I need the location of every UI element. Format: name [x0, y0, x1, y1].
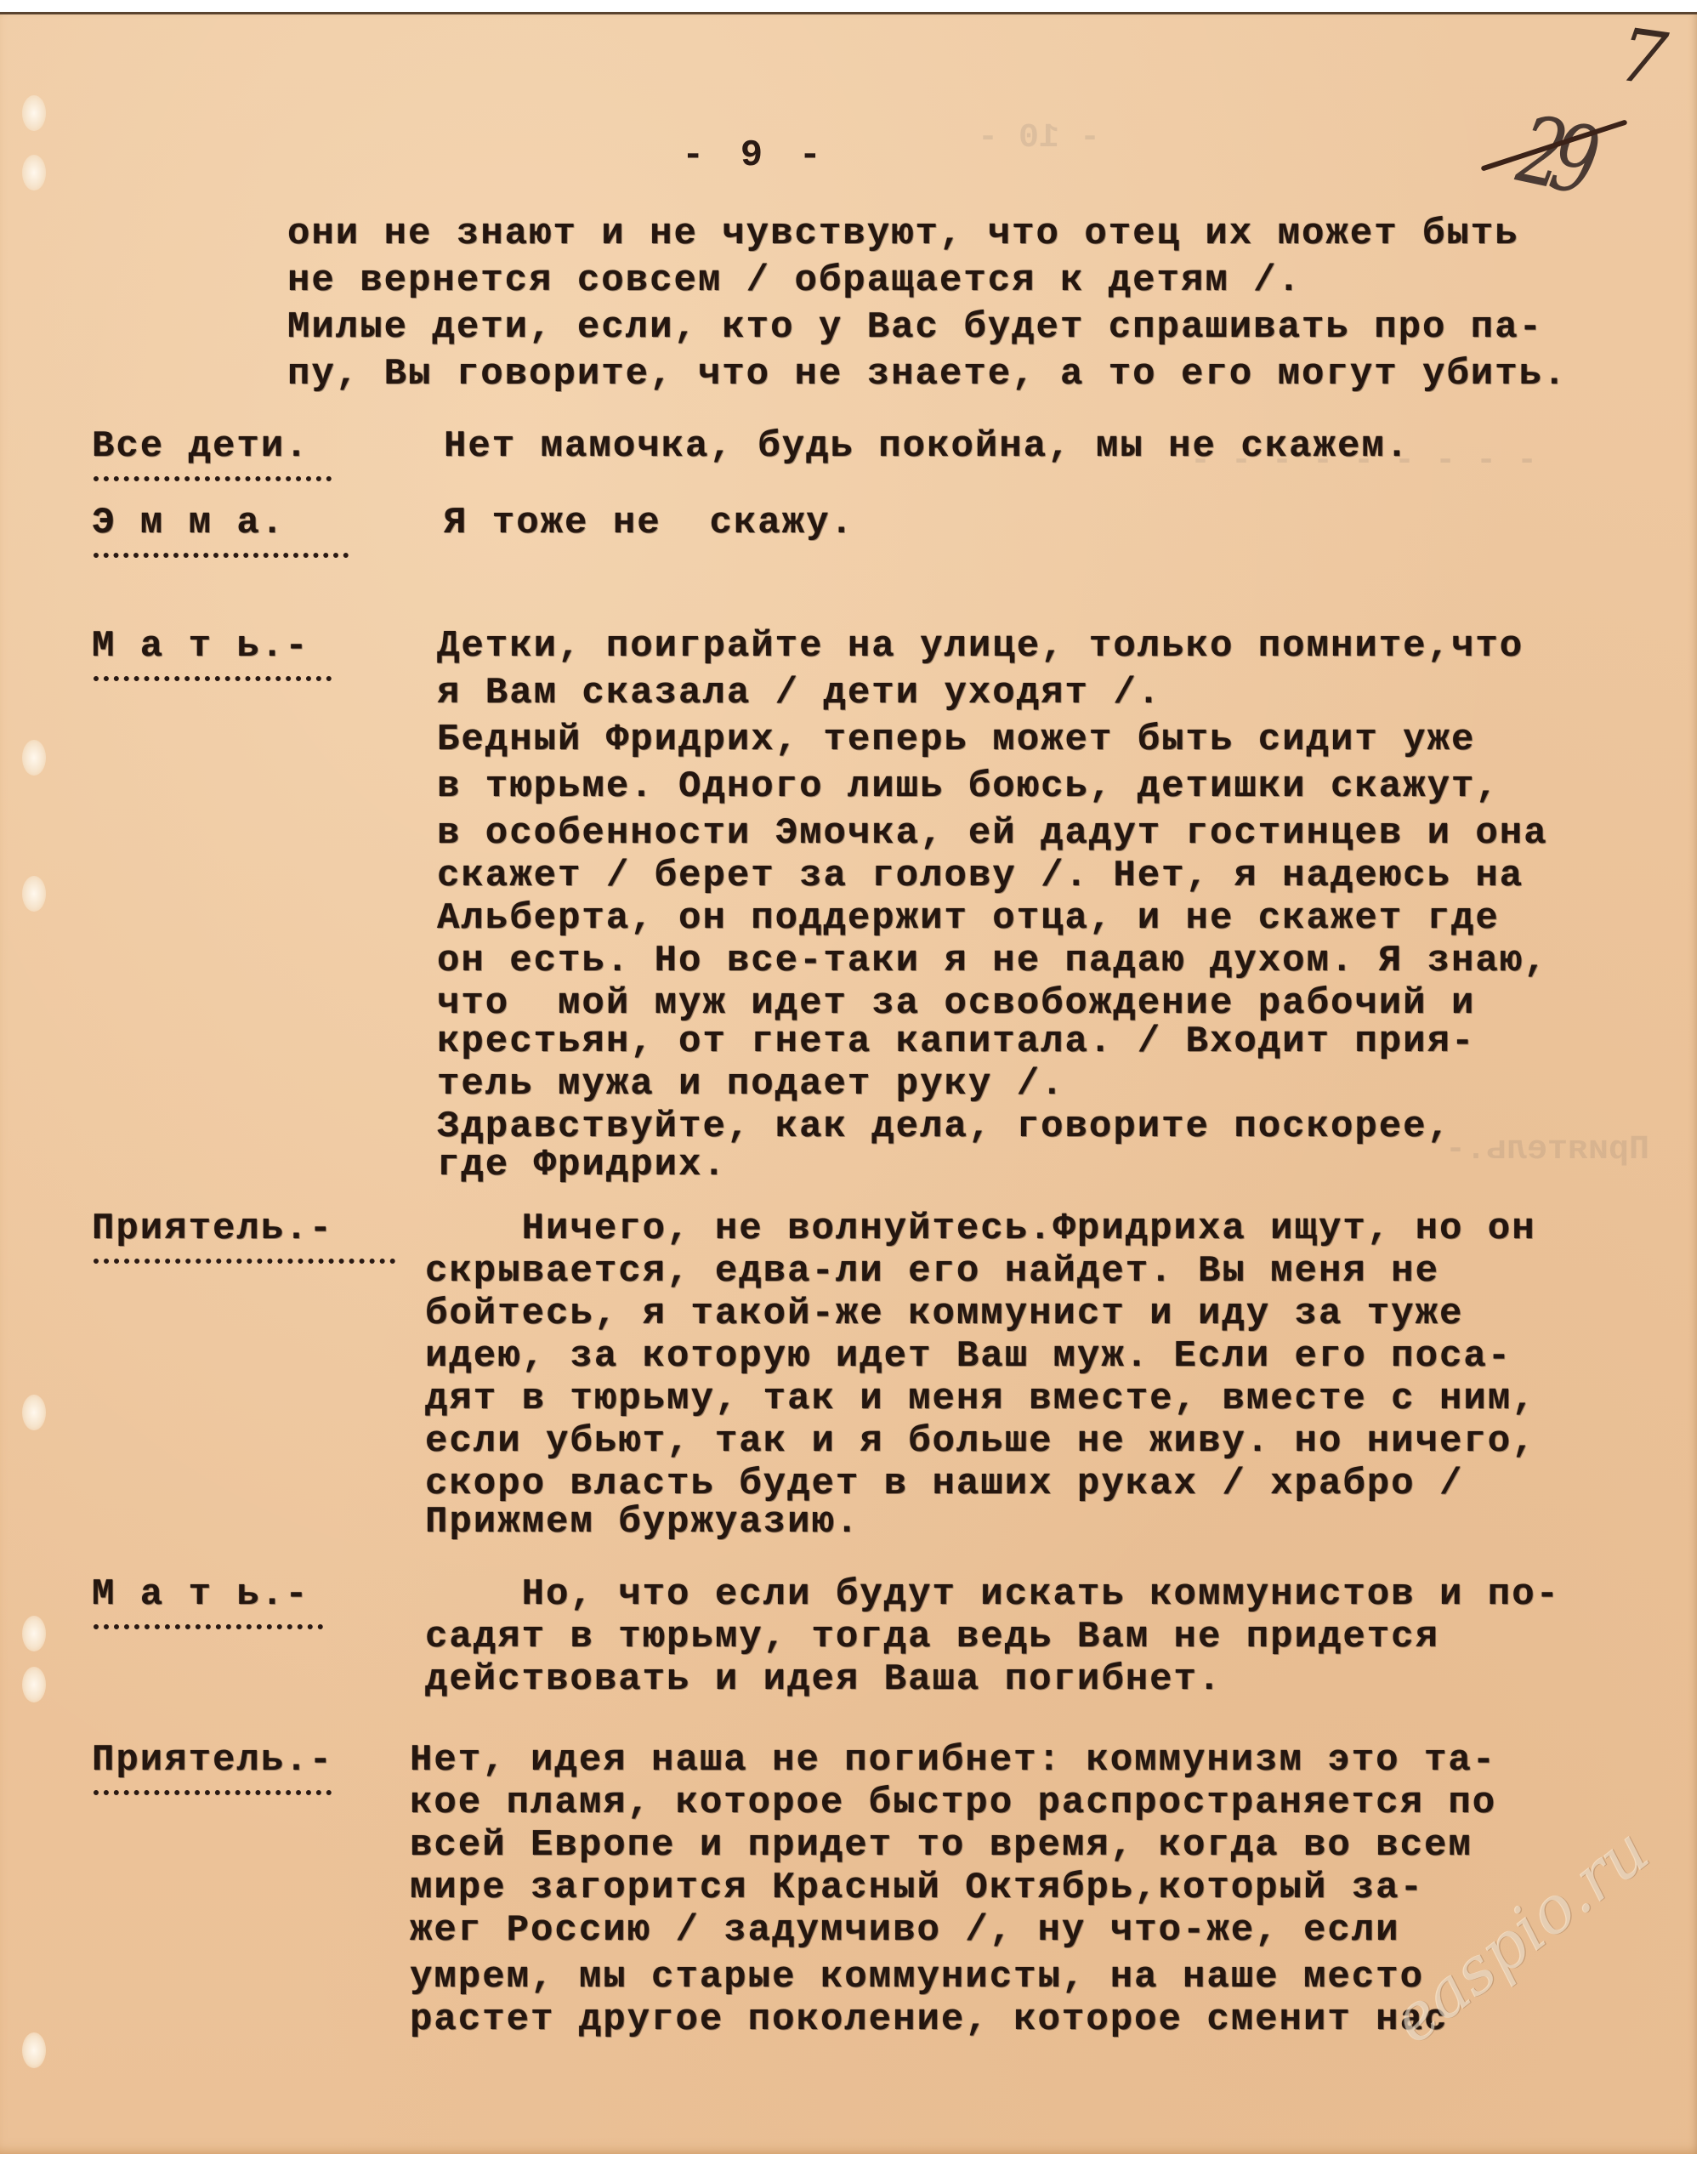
- page-number: - 9 -: [682, 134, 828, 177]
- text-line: скрывается, едва-ли его найдет. Вы меня …: [425, 1250, 1439, 1293]
- speaker-name: Приятель.-: [92, 1208, 333, 1250]
- speaker-name: Э м м а.: [92, 502, 285, 544]
- text-line: умрем, мы старые коммунисты, на наше мес…: [410, 1956, 1424, 1998]
- text-line: Нет мамочка, будь покойна, мы не скажем.: [444, 425, 1410, 468]
- speaker-name: М а т ь.-: [92, 1573, 309, 1616]
- punch-hole: [22, 2032, 46, 2068]
- bleed-through-text: Приятель.-: [1445, 1131, 1649, 1169]
- text-line: мире загорится Красный Октябрь,который з…: [410, 1867, 1424, 1909]
- text-line: они не знают и не чувствуют, что отец их…: [287, 213, 1519, 255]
- speaker-name: Все дети.: [92, 425, 309, 468]
- text-line: идею, за которую идет Ваш муж. Если его …: [425, 1335, 1512, 1378]
- punch-hole: [22, 740, 46, 776]
- speaker-name: Приятель.-: [92, 1739, 333, 1782]
- text-line: Ничего, не волнуйтесь.Фридриха ищут, но …: [425, 1208, 1536, 1250]
- text-line: крестьян, от гнета капитала. / Входит пр…: [437, 1020, 1475, 1063]
- text-line: дят в тюрьму, так и меня вместе, вместе …: [425, 1378, 1536, 1420]
- punch-hole: [22, 95, 46, 131]
- bleed-through-text: - 10 -: [978, 119, 1100, 157]
- text-line: Нет, идея наша не погибнет: коммунизм эт…: [410, 1739, 1496, 1782]
- text-line: Здравствуйте, как дела, говорите поскоре…: [437, 1106, 1451, 1148]
- text-line: скажет / берет за голову /. Нет, я надею…: [437, 855, 1524, 897]
- text-line: что мой муж идет за освобождение рабочий…: [437, 982, 1475, 1025]
- text-line: кое пламя, которое быстро распространяет…: [410, 1782, 1496, 1824]
- text-line: Прижмем буржуазию.: [425, 1501, 860, 1543]
- text-line: бойтесь, я такой-же коммунист и иду за т…: [425, 1293, 1463, 1335]
- text-line: Бедный Фридрих, теперь может быть сидит …: [437, 719, 1475, 761]
- speaker-underline: [94, 476, 332, 481]
- text-line: в тюрьме. Одного лишь боюсь, детишки ска…: [437, 765, 1500, 808]
- text-line: если убьют, так и я больше не живу. но н…: [425, 1420, 1536, 1463]
- text-line: действовать и идея Ваша погибнет.: [425, 1658, 1222, 1701]
- text-line: скоро власть будет в наших руках / храбр…: [425, 1463, 1463, 1505]
- text-line: Альберта, он поддержит отца, и не скажет…: [437, 897, 1500, 940]
- speaker-name: М а т ь.-: [92, 625, 309, 668]
- text-line: растет другое поколение, которое сменит …: [410, 1998, 1448, 2041]
- text-line: где Фридрих.: [437, 1144, 727, 1186]
- punch-hole: [22, 1616, 46, 1651]
- text-line: пу, Вы говорите, что не знаете, а то его…: [287, 353, 1567, 395]
- punch-hole: [22, 155, 46, 190]
- text-line: не вернется совсем / обращается к детям …: [287, 259, 1302, 302]
- punch-hole: [22, 1667, 46, 1702]
- text-line: жег Россию / задумчиво /, ну что-же, есл…: [410, 1909, 1400, 1952]
- text-line: в особенности Эмочка, ей дадут гостинцев…: [437, 812, 1548, 855]
- text-line: я Вам сказала / дети уходят /.: [437, 672, 1161, 714]
- speaker-underline: [94, 1259, 395, 1264]
- text-line: он есть. Но все-таки я не падаю духом. Я…: [437, 940, 1548, 982]
- text-line: Милые дети, если, кто у Вас будет спраши…: [287, 306, 1543, 349]
- text-line: садят в тюрьму, тогда ведь Вам не придет…: [425, 1616, 1439, 1658]
- text-line: Детки, поиграйте на улице, только помнит…: [437, 625, 1524, 668]
- speaker-underline: [94, 553, 349, 558]
- text-line: тель мужа и подает руку /.: [437, 1063, 1065, 1106]
- text-line: всей Европе и придет то время, когда во …: [410, 1824, 1473, 1867]
- speaker-underline: [94, 1624, 323, 1629]
- text-line: Но, что если будут искать коммунистов и …: [425, 1573, 1560, 1616]
- speaker-underline: [94, 1790, 332, 1795]
- text-line: Я тоже не скажу.: [444, 502, 854, 544]
- speaker-underline: [94, 676, 332, 681]
- punch-hole: [22, 1395, 46, 1430]
- punch-hole: [22, 876, 46, 912]
